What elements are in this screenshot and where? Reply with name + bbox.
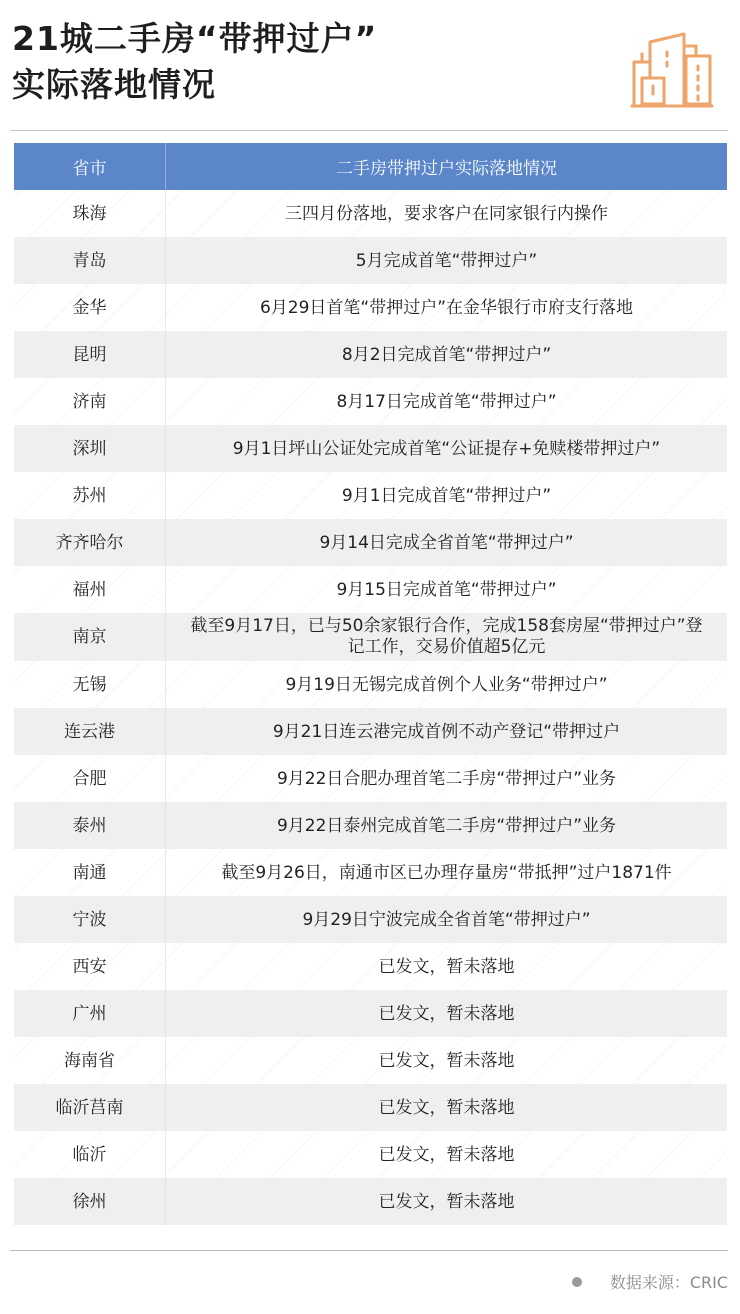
table-row: 徐州 已发文，暂未落地 <box>14 1178 727 1225</box>
city-cell: 南通 <box>14 849 166 896</box>
status-cell: 已发文，暂未落地 <box>166 1178 727 1225</box>
table-row: 珠海 三四月份落地，要求客户在同家银行内操作 <box>14 190 727 237</box>
city-cell: 无锡 <box>14 661 166 708</box>
city-cell: 徐州 <box>14 1178 166 1225</box>
city-cell: 南京 <box>14 613 166 661</box>
table-row: 海南省 已发文，暂未落地 <box>14 1037 727 1084</box>
table-row: 宁波 9月29日宁波完成全省首笔“带押过户” <box>14 896 727 943</box>
city-cell: 苏州 <box>14 472 166 519</box>
status-cell: 8月2日完成首笔“带押过户” <box>166 331 727 378</box>
table-row: 临沂 已发文，暂未落地 <box>14 1131 727 1178</box>
status-cell: 9月1日完成首笔“带押过户” <box>166 472 727 519</box>
status-cell: 6月29日首笔“带押过户”在金华银行市府支行落地 <box>166 284 727 331</box>
table-row: 苏州 9月1日完成首笔“带押过户” <box>14 472 727 519</box>
bullet-dot-icon <box>572 1277 582 1287</box>
table-row: 无锡 9月19日无锡完成首例个人业务“带押过户” <box>14 661 727 708</box>
table-row: 合肥 9月22日合肥办理首笔二手房“带押过户”业务 <box>14 755 727 802</box>
table-row: 齐齐哈尔 9月14日完成全省首笔“带押过户” <box>14 519 727 566</box>
table-row: 青岛 5月完成首笔“带押过户” <box>14 237 727 284</box>
city-cell: 泰州 <box>14 802 166 849</box>
status-cell: 9月19日无锡完成首例个人业务“带押过户” <box>166 661 727 708</box>
page-title-line-1: 21城二手房“带押过户” <box>12 16 612 62</box>
table-row: 西安 已发文，暂未落地 <box>14 943 727 990</box>
table-row: 泰州 9月22日泰州完成首笔二手房“带押过户”业务 <box>14 802 727 849</box>
city-cell: 珠海 <box>14 190 166 237</box>
city-cell: 临沂莒南 <box>14 1084 166 1131</box>
city-cell: 海南省 <box>14 1037 166 1084</box>
title-block: 21城二手房“带押过户” 实际落地情况 <box>12 16 612 108</box>
data-source-label: 数据来源：CRIC <box>610 1270 728 1293</box>
table-row: 福州 9月15日完成首笔“带押过户” <box>14 566 727 613</box>
city-cell: 广州 <box>14 990 166 1037</box>
top-divider <box>10 130 728 131</box>
city-cell: 齐齐哈尔 <box>14 519 166 566</box>
city-cell: 福州 <box>14 566 166 613</box>
data-table: 省市 二手房带押过户实际落地情况 珠海 三四月份落地，要求客户在同家银行内操作 … <box>14 143 727 1225</box>
status-cell: 已发文，暂未落地 <box>166 943 727 990</box>
city-cell: 深圳 <box>14 425 166 472</box>
table-row: 济南 8月17日完成首笔“带押过户” <box>14 378 727 425</box>
status-cell: 9月22日泰州完成首笔二手房“带押过户”业务 <box>166 802 727 849</box>
bottom-divider <box>10 1250 728 1251</box>
city-cell: 昆明 <box>14 331 166 378</box>
buildings-icon <box>630 26 714 110</box>
source-footer: 数据来源：CRIC <box>572 1270 728 1293</box>
city-cell: 济南 <box>14 378 166 425</box>
status-cell: 8月17日完成首笔“带押过户” <box>166 378 727 425</box>
city-cell: 宁波 <box>14 896 166 943</box>
city-cell: 西安 <box>14 943 166 990</box>
city-cell: 合肥 <box>14 755 166 802</box>
status-cell: 已发文，暂未落地 <box>166 1131 727 1178</box>
status-cell: 9月21日连云港完成首例不动产登记“带押过户 <box>166 708 727 755</box>
table-header: 省市 二手房带押过户实际落地情况 <box>14 143 727 190</box>
table-row: 昆明 8月2日完成首笔“带押过户” <box>14 331 727 378</box>
table-row: 深圳 9月1日坪山公证处完成首笔“公证提存+免赎楼带押过户” <box>14 425 727 472</box>
status-cell: 9月22日合肥办理首笔二手房“带押过户”业务 <box>166 755 727 802</box>
city-cell: 临沂 <box>14 1131 166 1178</box>
city-cell: 青岛 <box>14 237 166 284</box>
table-row: 南京 截至9月17日，已与50余家银行合作，完成158套房屋“带押过户”登记工作… <box>14 613 727 661</box>
header-status: 二手房带押过户实际落地情况 <box>166 143 727 190</box>
status-cell: 已发文，暂未落地 <box>166 1084 727 1131</box>
status-cell: 截至9月26日，南通市区已办理存量房“带抵押”过户1871件 <box>166 849 727 896</box>
status-cell: 已发文，暂未落地 <box>166 990 727 1037</box>
city-cell: 金华 <box>14 284 166 331</box>
table-row: 金华 6月29日首笔“带押过户”在金华银行市府支行落地 <box>14 284 727 331</box>
table-row: 连云港 9月21日连云港完成首例不动产登记“带押过户 <box>14 708 727 755</box>
status-cell: 5月完成首笔“带押过户” <box>166 237 727 284</box>
status-cell: 截至9月17日，已与50余家银行合作，完成158套房屋“带押过户”登记工作，交易… <box>166 613 727 661</box>
header-city: 省市 <box>14 143 166 190</box>
status-cell: 已发文，暂未落地 <box>166 1037 727 1084</box>
status-cell: 9月14日完成全省首笔“带押过户” <box>166 519 727 566</box>
status-cell: 9月15日完成首笔“带押过户” <box>166 566 727 613</box>
table-row: 南通 截至9月26日，南通市区已办理存量房“带抵押”过户1871件 <box>14 849 727 896</box>
table-row: 临沂莒南 已发文，暂未落地 <box>14 1084 727 1131</box>
table-row: 广州 已发文，暂未落地 <box>14 990 727 1037</box>
status-cell: 9月1日坪山公证处完成首笔“公证提存+免赎楼带押过户” <box>166 425 727 472</box>
page-title-line-2: 实际落地情况 <box>12 62 612 108</box>
status-cell: 三四月份落地，要求客户在同家银行内操作 <box>166 190 727 237</box>
city-cell: 连云港 <box>14 708 166 755</box>
status-cell: 9月29日宁波完成全省首笔“带押过户” <box>166 896 727 943</box>
